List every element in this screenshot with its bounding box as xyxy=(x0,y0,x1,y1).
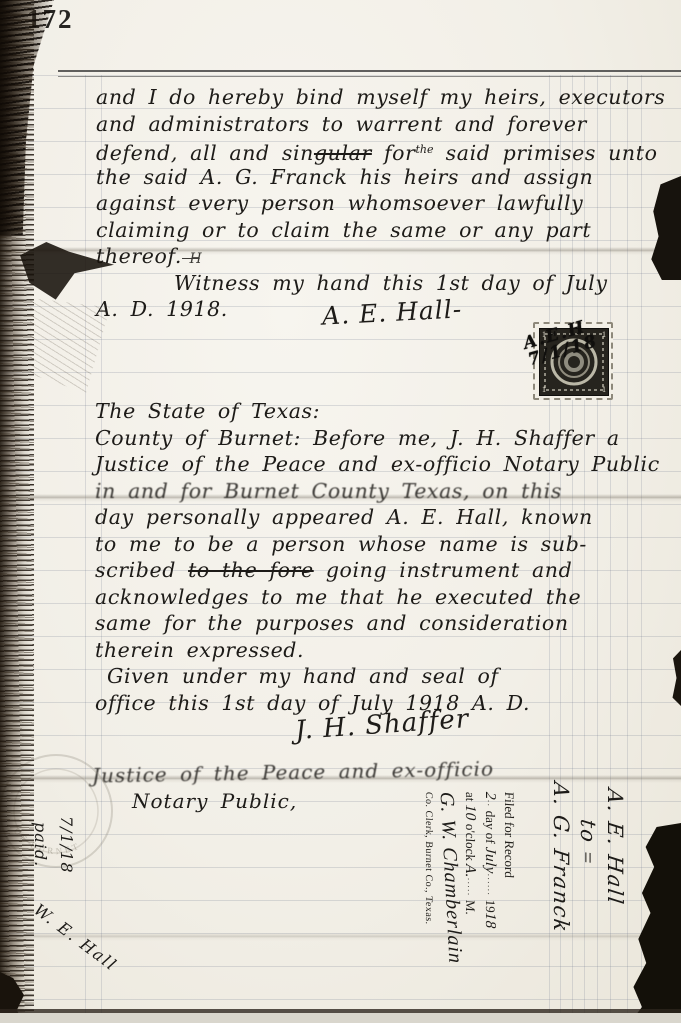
deed-record-page: 172 and I do hereby bind myself my heirs… xyxy=(0,0,681,1023)
deed-line-5: against every person whomsoever lawfully xyxy=(96,190,665,217)
ack-line-7: scribed to the fore going instrument and xyxy=(95,557,660,584)
margin-index-grantee: A. G. Franck xyxy=(547,780,574,965)
filing-caption: Filed for Record xyxy=(500,791,519,1020)
ack-line-5: day personally appeared A. E. Hall, know… xyxy=(95,504,660,531)
revenue-stamp-icon: 1 1 1 1 A.E.H 7/1/18 xyxy=(533,322,613,400)
ack-line-9: same for the purposes and consideration xyxy=(95,610,660,637)
deed-line-2: and administrators to warrent and foreve… xyxy=(96,111,665,138)
bottom-edge-strip xyxy=(0,1013,681,1023)
margin-index-connector: to = xyxy=(574,784,601,969)
ack-line-6: to me to be a person whose name is sub- xyxy=(95,531,660,558)
stamp-denomination: 1 xyxy=(602,385,606,394)
deed-line-6: claiming or to claim the same or any par… xyxy=(96,217,665,244)
clerk-title: Co. Clerk, Burnet Co., Texas. xyxy=(419,791,440,1020)
ack-line-8: acknowledges to me that he executed the xyxy=(95,584,660,611)
deed-line-1: and I do hereby bind myself my heirs, ex… xyxy=(96,84,665,111)
filing-record-block: Filed for Record2.. day of July...... 19… xyxy=(417,792,519,1020)
margin-index: A. E. Hallto =A. G. Franck xyxy=(542,780,628,973)
ack-line-4: in and for Burnet County Texas, on this xyxy=(95,478,660,505)
margin-index-grantor: A. E. Hall xyxy=(601,787,628,972)
notary-title-line2: Notary Public, xyxy=(132,789,297,813)
acknowledgment-text: The State of Texas:County of Burnet: Bef… xyxy=(95,398,660,716)
stamp-denomination: 1 xyxy=(542,385,546,394)
deed-line-3: defend, all and singular forthe said pri… xyxy=(96,137,665,164)
ack-line-2: County of Burnet: Before me, J. H. Shaff… xyxy=(95,425,660,452)
header-double-rule xyxy=(58,70,681,77)
witness-clause-line-1: Witness my hand this 1st day of July xyxy=(96,270,665,297)
clerk-signature: G. W. Chamberlain xyxy=(440,791,460,1020)
deed-body-text: and I do hereby bind myself my heirs, ex… xyxy=(96,84,665,323)
deed-line-4: the said A. G. Franck his heirs and assi… xyxy=(96,164,665,191)
ack-line-3: Justice of the Peace and ex-officio Nota… xyxy=(95,451,660,478)
deed-line-7: thereof. H xyxy=(96,243,665,270)
stamp-denomination: 1 xyxy=(602,330,606,339)
ack-line-1: The State of Texas: xyxy=(95,398,660,425)
ack-line-11: Given under my hand and seal of xyxy=(95,663,660,690)
ack-line-10: therein expressed. xyxy=(95,637,660,664)
filing-date-line: 2.. day of July...... 1918 xyxy=(480,791,500,1020)
